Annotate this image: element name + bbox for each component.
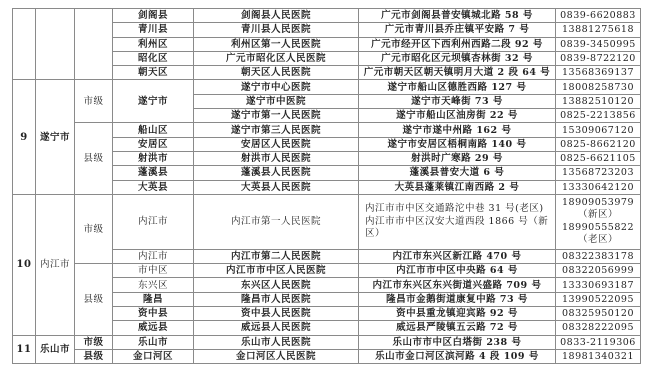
district-cell: 大英县 <box>113 180 194 194</box>
hospital-cell: 安居区人民医院 <box>194 137 359 151</box>
phone-cell: 15309067120 <box>556 123 641 137</box>
address-cell: 广元市剑阁县普安镇城北路 58 号 <box>359 9 556 23</box>
address-cell: 大英县蓬莱镇江南西路 2 号 <box>359 180 556 194</box>
hospital-cell: 蓬溪县人民医院 <box>194 166 359 180</box>
district-cell: 安居区 <box>113 137 194 151</box>
district-cell: 朝天区 <box>113 66 194 80</box>
phone-cell: 13330642120 <box>556 180 641 194</box>
district-cell: 蓬溪县 <box>113 166 194 180</box>
district-cell: 威远县 <box>113 321 194 335</box>
district-cell: 昭化区 <box>113 51 194 65</box>
hospital-cell: 资中县人民医院 <box>194 307 359 321</box>
level-cell: 县级 <box>75 264 113 335</box>
phone-cell: 13330693187 <box>556 278 641 292</box>
phone-cell: 13990522095 <box>556 292 641 306</box>
hospital-cell: 内江市市中区人民医院 <box>194 264 359 278</box>
address-cell: 蓬溪县普安大道 6 号 <box>359 166 556 180</box>
phone-cell: 0833-2119306 <box>556 335 641 349</box>
phone-cell: 0825-2213856 <box>556 109 641 123</box>
address-cell: 射洪时广寒路 29 号 <box>359 151 556 165</box>
hospital-cell: 广元市昭化区人民医院 <box>194 51 359 65</box>
address-cell: 威远县严陵镇五云路 72 号 <box>359 321 556 335</box>
phone-cell: 18981340321 <box>556 349 641 363</box>
hospital-cell: 遂宁市中医院 <box>194 94 359 108</box>
address-cell: 资中县重龙镇迎宾路 92 号 <box>359 307 556 321</box>
address-cell: 广元市昭化区元坝镇杏林街 32 号 <box>359 51 556 65</box>
phone-cell: 18008258730 <box>556 80 641 94</box>
phone-cell: 08325950120 <box>556 307 641 321</box>
table-row: 11 乐山市 市级 乐山市 乐山市人民医院 乐山市市中区白塔街 238 号 08… <box>13 335 641 349</box>
phone-cell: 0825-8662120 <box>556 137 641 151</box>
address-cell: 遂宁市安居区梧桐南路 140 号 <box>359 137 556 151</box>
hospital-cell: 遂宁市第三人民医院 <box>194 123 359 137</box>
city-cell: 乐山市 <box>36 335 75 364</box>
district-cell: 遂宁市 <box>113 80 194 123</box>
address-cell: 遂宁市天峰街 73 号 <box>359 94 556 108</box>
phone-cell: 13568369137 <box>556 66 641 80</box>
hospital-cell: 威远县人民医院 <box>194 321 359 335</box>
table-row: 9 遂宁市 市级 遂宁市 遂宁市中心医院 遂宁市船山区德胜西路 127 号 18… <box>13 80 641 94</box>
level-cell: 市级 <box>75 335 113 349</box>
level-cell: 市级 <box>75 194 113 263</box>
hospital-cell: 内江市第二人民医院 <box>194 249 359 263</box>
phone-cell: 13568723203 <box>556 166 641 180</box>
phone-cell: 08328222095 <box>556 321 641 335</box>
address-cell: 内江市东兴区东兴街道兴盛路 709 号 <box>359 278 556 292</box>
table-row: 剑阁县 剑阁县人民医院 广元市剑阁县普安镇城北路 58 号 0839-66208… <box>13 9 641 23</box>
district-cell: 利州区 <box>113 37 194 51</box>
city-cell: 遂宁市 <box>36 80 75 194</box>
district-cell: 乐山市 <box>113 335 194 349</box>
phone-cell: 0839-8722120 <box>556 51 641 65</box>
address-cell: 隆昌市金鹅街道康复中路 73 号 <box>359 292 556 306</box>
district-cell: 射洪市 <box>113 151 194 165</box>
phone-cell: 13882510120 <box>556 94 641 108</box>
phone-cell: 08322383178 <box>556 249 641 263</box>
level-cell: 县级 <box>75 123 113 194</box>
table-row: 县级 市中区 内江市市中区人民医院 内江市市中区中央路 64 号 0832205… <box>13 264 641 278</box>
address-cell: 内江市市中区交通路沱中巷 31 号(老区)内江市市中区汉安大道西段 1866 号… <box>359 194 556 249</box>
hospital-cell: 遂宁市第一人民医院 <box>194 109 359 123</box>
address-cell: 乐山市市中区白塔街 238 号 <box>359 335 556 349</box>
address-cell: 广元市青川县乔庄镇平安路 7 号 <box>359 23 556 37</box>
hospital-table: 剑阁县 剑阁县人民医院 广元市剑阁县普安镇城北路 58 号 0839-66208… <box>12 8 641 364</box>
hospital-cell: 射洪市人民医院 <box>194 151 359 165</box>
address-cell: 乐山市金口河区滨河路 4 段 109 号 <box>359 349 556 363</box>
phone-cell: 08322056999 <box>556 264 641 278</box>
no-cell: 10 <box>13 194 36 335</box>
table-row: 县级 金口河区 金口河区人民医院 乐山市金口河区滨河路 4 段 109 号 18… <box>13 349 641 363</box>
phone-cell: 13881275618 <box>556 23 641 37</box>
district-cell: 内江市 <box>113 194 194 249</box>
district-cell: 金口河区 <box>113 349 194 363</box>
hospital-cell: 朝天区人民医院 <box>194 66 359 80</box>
hospital-cell: 遂宁市中心医院 <box>194 80 359 94</box>
district-cell: 内江市 <box>113 249 194 263</box>
address-cell: 内江市市中区中央路 64 号 <box>359 264 556 278</box>
address-cell: 内江市东兴区新江路 470 号 <box>359 249 556 263</box>
table-row: 10 内江市 市级 内江市 内江市第一人民医院 内江市市中区交通路沱中巷 31 … <box>13 194 641 249</box>
city-cell <box>36 9 75 80</box>
district-cell: 市中区 <box>113 264 194 278</box>
district-cell: 东兴区 <box>113 278 194 292</box>
address-cell: 遂宁市船山区油房街 22 号 <box>359 109 556 123</box>
hospital-cell: 大英县人民医院 <box>194 180 359 194</box>
level-cell <box>75 9 113 80</box>
hospital-cell: 青川县人民医院 <box>194 23 359 37</box>
phone-cell: 0825-6621105 <box>556 151 641 165</box>
city-cell: 内江市 <box>36 194 75 335</box>
level-cell: 市级 <box>75 80 113 123</box>
no-cell: 11 <box>13 335 36 364</box>
district-cell: 隆昌 <box>113 292 194 306</box>
address-cell: 遂宁市遂中州路 162 号 <box>359 123 556 137</box>
district-cell: 青川县 <box>113 23 194 37</box>
district-cell: 船山区 <box>113 123 194 137</box>
hospital-cell: 金口河区人民医院 <box>194 349 359 363</box>
phone-cell: 18909053979（新区） 18990555822（老区） <box>556 194 641 249</box>
district-cell: 剑阁县 <box>113 9 194 23</box>
hospital-cell: 内江市第一人民医院 <box>194 194 359 249</box>
hospital-cell: 剑阁县人民医院 <box>194 9 359 23</box>
address-cell: 广元市经开区下西利州西路二段 92 号 <box>359 37 556 51</box>
no-cell <box>13 9 36 80</box>
district-cell: 资中县 <box>113 307 194 321</box>
hospital-cell: 利州区第一人民医院 <box>194 37 359 51</box>
address-cell: 广元市朝天区朝天镇明月大道 2 段 64 号 <box>359 66 556 80</box>
phone-cell: 0839-6620883 <box>556 9 641 23</box>
level-cell: 县级 <box>75 349 113 363</box>
hospital-cell: 隆昌市人民医院 <box>194 292 359 306</box>
hospital-cell: 东兴区人民医院 <box>194 278 359 292</box>
no-cell: 9 <box>13 80 36 194</box>
phone-cell: 0839-3450995 <box>556 37 641 51</box>
address-cell: 遂宁市船山区德胜西路 127 号 <box>359 80 556 94</box>
table-row: 县级 船山区 遂宁市第三人民医院 遂宁市遂中州路 162 号 153090671… <box>13 123 641 137</box>
hospital-cell: 乐山市人民医院 <box>194 335 359 349</box>
